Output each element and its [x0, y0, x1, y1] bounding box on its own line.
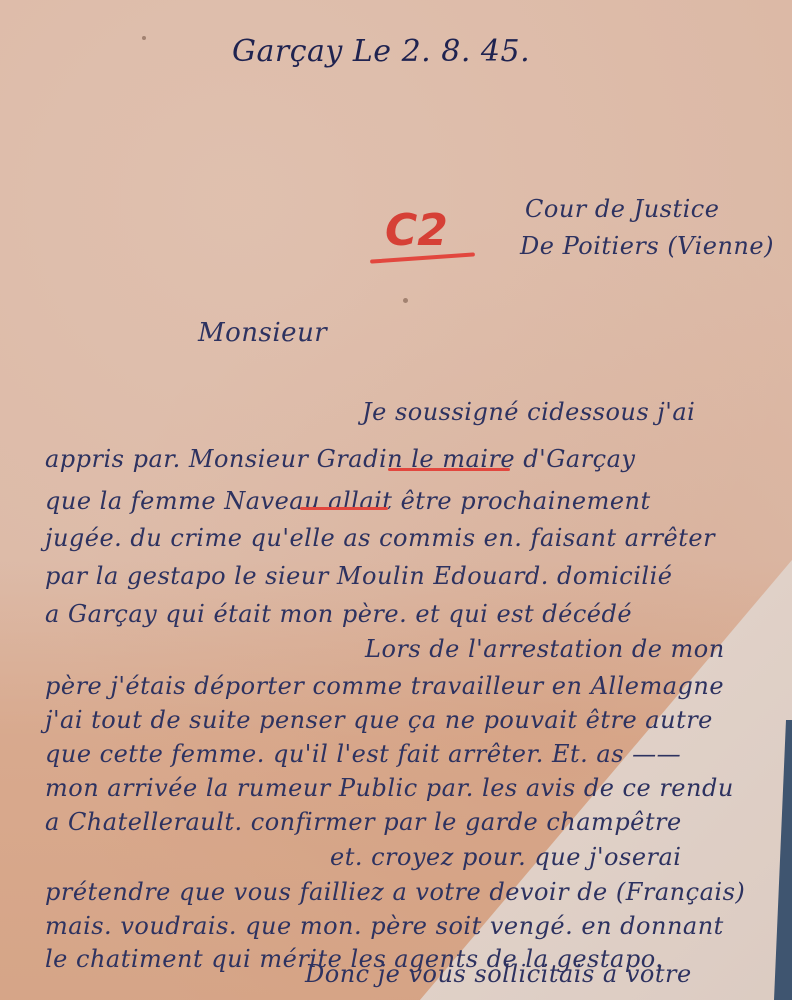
body-line: et. croyez pour. que j'oserai [330, 843, 681, 871]
red-underline-gradin [388, 468, 510, 471]
place-date: Garçay Le 2. 8. 45. [232, 34, 530, 69]
addressee-line-2: De Poitiers (Vienne) [520, 232, 774, 260]
reference-mark: C2 [385, 205, 448, 256]
body-line: a Chatellerault. confirmer par le garde … [45, 808, 682, 836]
body-line: père j'étais déporter comme travailleur … [45, 672, 724, 700]
body-line: que cette femme. qu'il l'est fait arrête… [45, 740, 681, 768]
body-line: mon arrivée la rumeur Public par. les av… [45, 774, 734, 802]
body-line: jugée. du crime qu'elle as commis en. fa… [45, 524, 715, 552]
body-line: Lors de l'arrestation de mon [365, 635, 725, 663]
body-line: prétendre que vous failliez a votre devo… [45, 878, 745, 906]
salutation: Monsieur [198, 318, 327, 348]
body-line: Je soussigné cidessous j'ai [362, 398, 695, 426]
body-line: j'ai tout de suite penser que ça ne pouv… [45, 706, 713, 734]
addressee-line-1: Cour de Justice [525, 195, 719, 223]
body-line: mais. voudrais. que mon. père soit vengé… [45, 912, 724, 940]
body-line: Donc je vous sollicitais a votre [305, 960, 692, 988]
body-line: appris par. Monsieur Gradin le maire d'G… [45, 445, 635, 473]
body-line: que la femme Naveau allait être prochain… [45, 487, 651, 515]
paper-spot [403, 298, 408, 303]
body-line: par la gestapo le sieur Moulin Edouard. … [45, 562, 672, 590]
body-line: a Garçay qui était mon père. et qui est … [45, 600, 632, 628]
red-underline-naveau [300, 507, 388, 510]
paper-spot [142, 36, 146, 40]
